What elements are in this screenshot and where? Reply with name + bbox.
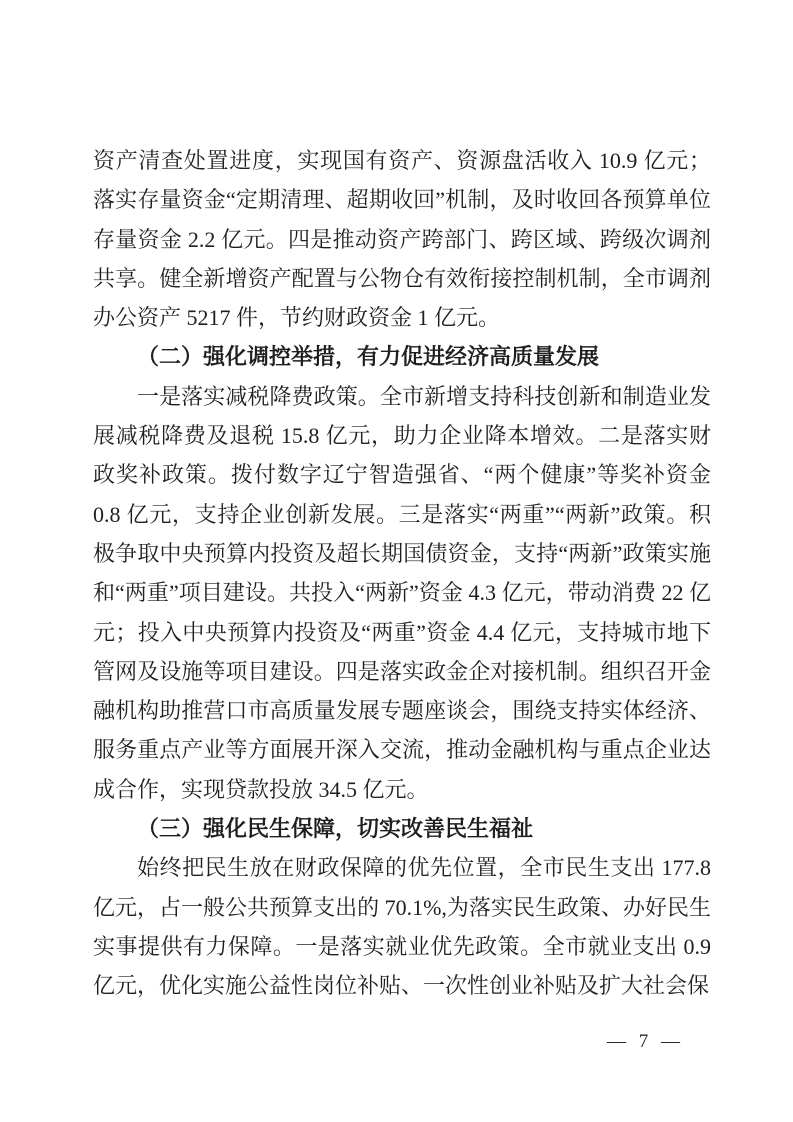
section-heading-livelihood-security: （三）强化民生保障，切实改善民生福祉: [93, 809, 711, 848]
section-heading-economic-regulation: （二）强化调控举措，有力促进经济高质量发展: [93, 337, 711, 376]
paragraph-livelihood-security-body: 始终把民生放在财政保障的优先位置，全市民生支出 177.8 亿元，占一般公共预算…: [93, 848, 711, 1005]
document-text-block: 资产清查处置进度，实现国有资产、资源盘活收入 10.9 亿元；落实存量资金“定期…: [93, 141, 711, 1006]
paragraph-asset-management-continued: 资产清查处置进度，实现国有资产、资源盘活收入 10.9 亿元；落实存量资金“定期…: [93, 141, 711, 337]
page-number: — 7 —: [607, 1031, 681, 1053]
paragraph-economic-regulation-body: 一是落实减税降费政策。全市新增支持科技创新和制造业发展减税降费及退税 15.8 …: [93, 377, 711, 809]
document-page: 资产清查处置进度，实现国有资产、资源盘活收入 10.9 亿元；落实存量资金“定期…: [0, 0, 793, 1122]
